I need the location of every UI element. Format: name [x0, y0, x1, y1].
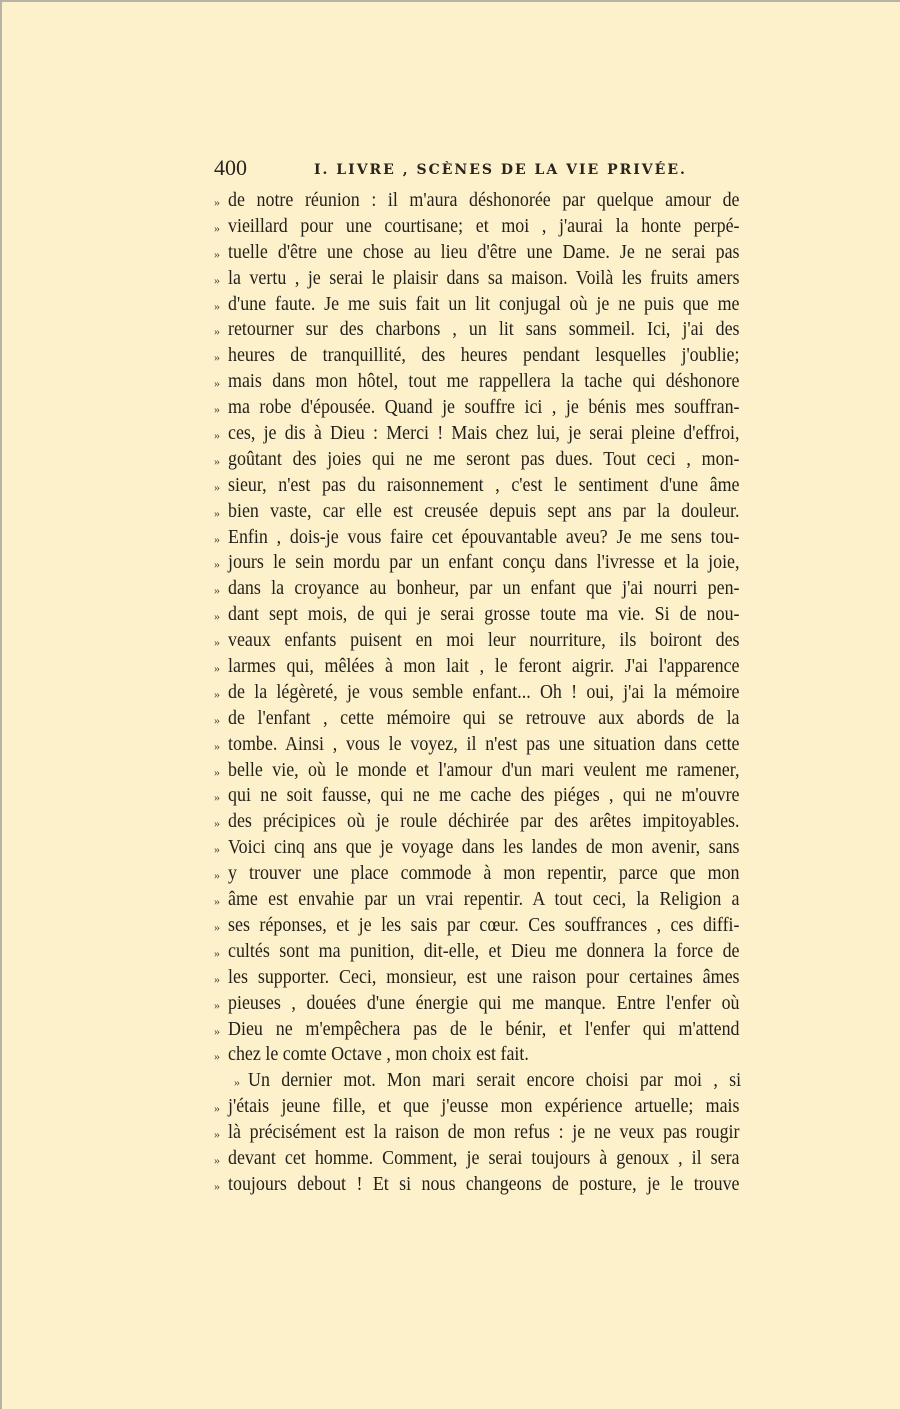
line-text: vieillard pour une courtisane; et moi , …: [228, 214, 740, 240]
line-text: j'étais jeune fille, et que j'eusse mon …: [228, 1094, 740, 1120]
text-line: »ces, je dis à Dieu : Merci ! Mais chez …: [214, 421, 784, 447]
text-line: »dans la croyance au bonheur, par un enf…: [214, 576, 784, 602]
text-line: »là précisément est la raison de mon ref…: [214, 1120, 784, 1146]
line-text: d'une faute. Je me suis fait un lit conj…: [228, 292, 740, 318]
line-text: bien vaste, car elle est creusée depuis …: [228, 499, 740, 525]
running-title: I. LIVRE , SCÈNES DE LA VIE PRIVÉE.: [314, 162, 687, 178]
line-text: Enfin , dois-je vous faire cet épouvanta…: [228, 525, 740, 551]
text-line: »jours le sein mordu par un enfant conçu…: [214, 550, 784, 576]
text-line: »d'une faute. Je me suis fait un lit con…: [214, 292, 784, 318]
text-line: »mais dans mon hôtel, tout me rappellera…: [214, 369, 784, 395]
quote-mark: »: [214, 1122, 228, 1148]
line-text: des précipices où je roule déchirée par …: [228, 809, 740, 835]
text-line: »goûtant des joies qui ne me seront pas …: [214, 447, 784, 473]
quote-mark: »: [214, 785, 228, 811]
quote-mark: »: [214, 268, 228, 294]
line-text: veaux enfants puisent en moi leur nourri…: [228, 628, 740, 654]
text-line: »belle vie, où le monde et l'amour d'un …: [214, 758, 784, 784]
line-text: qui ne soit fausse, qui ne me cache des …: [228, 783, 740, 809]
paragraph-first-line: »Un dernier mot. Mon mari serait encore …: [214, 1068, 784, 1094]
quote-mark: »: [214, 216, 228, 242]
line-text: cultés sont ma punition, dit-elle, et Di…: [228, 939, 740, 965]
page-header: 400 I. LIVRE , SCÈNES DE LA VIE PRIVÉE.: [214, 155, 794, 185]
quote-mark: »: [214, 811, 228, 837]
text-line: »devant cet homme. Comment, je serai tou…: [214, 1146, 784, 1172]
quote-mark: »: [214, 1019, 228, 1045]
quote-mark: »: [214, 760, 228, 786]
quote-mark: »: [214, 863, 228, 889]
text-line: »cultés sont ma punition, dit-elle, et D…: [214, 939, 784, 965]
text-line: »larmes qui, mêlées à mon lait , le fero…: [214, 654, 784, 680]
quote-mark: »: [214, 319, 228, 345]
text-line: »heures de tranquillité, des heures pend…: [214, 343, 784, 369]
book-page: 400 I. LIVRE , SCÈNES DE LA VIE PRIVÉE. …: [2, 2, 900, 1409]
text-line: »toujours debout ! Et si nous changeons …: [214, 1172, 784, 1198]
text-line: »ma robe d'épousée. Quand je souffre ici…: [214, 395, 784, 421]
page-number: 400: [214, 155, 247, 181]
line-text: ces, je dis à Dieu : Merci ! Mais chez l…: [228, 421, 740, 447]
quote-mark: »: [214, 190, 228, 216]
quote-mark: »: [214, 734, 228, 760]
line-text: tuelle d'être une chose au lieu d'être u…: [228, 240, 740, 266]
quote-mark: »: [214, 967, 228, 993]
text-line: »tuelle d'être une chose au lieu d'être …: [214, 240, 784, 266]
line-text: ses réponses, et je les sais par cœur. C…: [228, 913, 740, 939]
line-text: la vertu , je serai le plaisir dans sa m…: [228, 266, 740, 292]
quote-mark: »: [214, 371, 228, 397]
quote-mark: »: [214, 708, 228, 734]
line-text: retourner sur des charbons , un lit sans…: [228, 317, 740, 343]
text-line: »Enfin , dois-je vous faire cet épouvant…: [214, 525, 784, 551]
text-line: »chez le comte Octave , mon choix est fa…: [214, 1042, 784, 1068]
text-line: »de notre réunion : il m'aura déshonorée…: [214, 188, 784, 214]
quote-mark: »: [214, 423, 228, 449]
text-line: »la vertu , je serai le plaisir dans sa …: [214, 266, 784, 292]
quote-mark: »: [214, 604, 228, 630]
text-line: »veaux enfants puisent en moi leur nourr…: [214, 628, 784, 654]
line-text: y trouver une place commode à mon repent…: [228, 861, 740, 887]
quote-mark: »: [214, 501, 228, 527]
text-line: »pieuses , douées d'une énergie qui me m…: [214, 991, 784, 1017]
line-text: là précisément est la raison de mon refu…: [228, 1120, 740, 1146]
quote-mark: »: [214, 578, 228, 604]
quote-mark: »: [214, 630, 228, 656]
text-line: »Dieu ne m'empêchera pas de le bénir, et…: [214, 1017, 784, 1043]
quote-mark: »: [214, 1174, 228, 1200]
quote-mark: »: [214, 682, 228, 708]
quote-mark: »: [214, 242, 228, 268]
line-text: sieur, n'est pas du raisonnement , c'est…: [228, 473, 740, 499]
quote-mark: »: [214, 915, 228, 941]
text-line: »des précipices où je roule déchirée par…: [214, 809, 784, 835]
line-text: mais dans mon hôtel, tout me rappellera …: [228, 369, 740, 395]
line-text: âme est envahie par un vrai repentir. A …: [228, 887, 740, 913]
line-text: heures de tranquillité, des heures penda…: [228, 343, 740, 369]
line-text: chez le comte Octave , mon choix est fai…: [228, 1042, 740, 1068]
quote-mark: »: [214, 475, 228, 501]
quote-mark: »: [234, 1070, 248, 1096]
line-text: larmes qui, mêlées à mon lait , le feron…: [228, 654, 740, 680]
text-line: »dant sept mois, de qui je serai grosse …: [214, 602, 784, 628]
text-line: »qui ne soit fausse, qui ne me cache des…: [214, 783, 784, 809]
quote-mark: »: [214, 345, 228, 371]
line-text: toujours debout ! Et si nous changeons d…: [228, 1172, 740, 1198]
line-text: dans la croyance au bonheur, par un enfa…: [228, 576, 740, 602]
line-text: devant cet homme. Comment, je serai touj…: [228, 1146, 740, 1172]
quote-mark: »: [214, 552, 228, 578]
text-line: »âme est envahie par un vrai repentir. A…: [214, 887, 784, 913]
text-line: »j'étais jeune fille, et que j'eusse mon…: [214, 1094, 784, 1120]
quote-mark: »: [214, 1096, 228, 1122]
line-text: belle vie, où le monde et l'amour d'un m…: [228, 758, 740, 784]
text-line: »retourner sur des charbons , un lit san…: [214, 317, 784, 343]
quote-mark: »: [214, 449, 228, 475]
line-text: dant sept mois, de qui je serai grosse t…: [228, 602, 740, 628]
line-text: pieuses , douées d'une énergie qui me ma…: [228, 991, 740, 1017]
text-line: »de l'enfant , cette mémoire qui se retr…: [214, 706, 784, 732]
quote-mark: »: [214, 889, 228, 915]
quote-mark: »: [214, 993, 228, 1019]
line-text: de l'enfant , cette mémoire qui se retro…: [228, 706, 740, 732]
line-text: les supporter. Ceci, monsieur, est une r…: [228, 965, 740, 991]
text-line: »de la légèreté, je vous semble enfant..…: [214, 680, 784, 706]
quote-mark: »: [214, 837, 228, 863]
text-line: »bien vaste, car elle est creusée depuis…: [214, 499, 784, 525]
text-line: »sieur, n'est pas du raisonnement , c'es…: [214, 473, 784, 499]
quote-mark: »: [214, 397, 228, 423]
line-text: jours le sein mordu par un enfant conçu …: [228, 550, 740, 576]
body-text: »de notre réunion : il m'aura déshonorée…: [214, 188, 784, 1198]
line-text: tombe. Ainsi , vous le voyez, il n'est p…: [228, 732, 740, 758]
text-line: »ses réponses, et je les sais par cœur. …: [214, 913, 784, 939]
line-text: de la légèreté, je vous semble enfant...…: [228, 680, 740, 706]
text-line: »tombe. Ainsi , vous le voyez, il n'est …: [214, 732, 784, 758]
text-line: »y trouver une place commode à mon repen…: [214, 861, 784, 887]
text-line: »les supporter. Ceci, monsieur, est une …: [214, 965, 784, 991]
line-text: Un dernier mot. Mon mari serait encore c…: [248, 1068, 741, 1094]
line-text: Dieu ne m'empêchera pas de le bénir, et …: [228, 1017, 740, 1043]
line-text: Voici cinq ans que je voyage dans les la…: [228, 835, 740, 861]
line-text: de notre réunion : il m'aura déshonorée …: [228, 188, 740, 214]
text-line: »Voici cinq ans que je voyage dans les l…: [214, 835, 784, 861]
quote-mark: »: [214, 941, 228, 967]
quote-mark: »: [214, 1044, 228, 1070]
text-line: »vieillard pour une courtisane; et moi ,…: [214, 214, 784, 240]
quote-mark: »: [214, 1148, 228, 1174]
quote-mark: »: [214, 656, 228, 682]
line-text: goûtant des joies qui ne me seront pas d…: [228, 447, 740, 473]
quote-mark: »: [214, 294, 228, 320]
quote-mark: »: [214, 527, 228, 553]
line-text: ma robe d'épousée. Quand je souffre ici …: [228, 395, 740, 421]
